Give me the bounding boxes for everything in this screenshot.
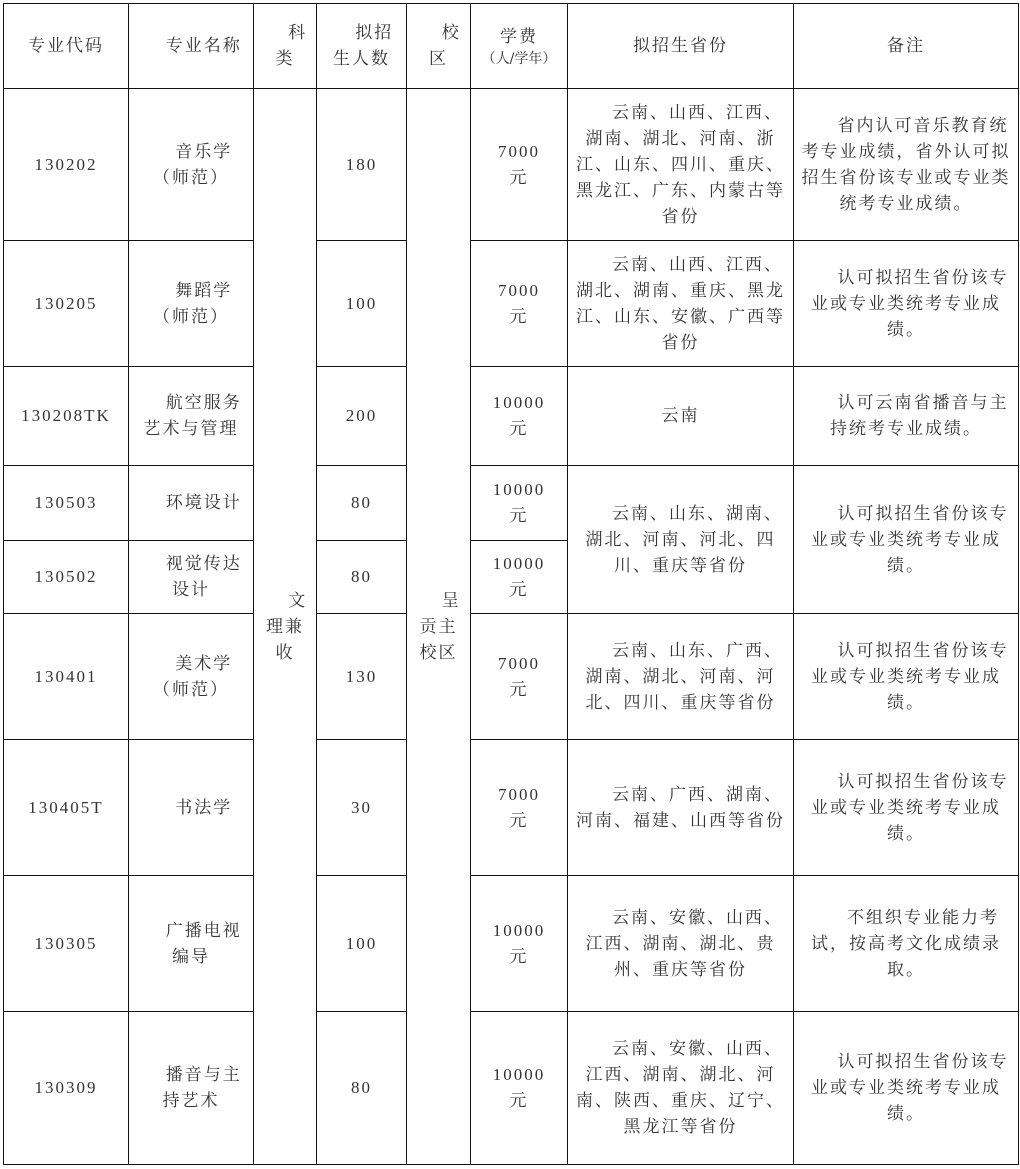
fee-unit: 元	[477, 503, 561, 529]
table-row: 130205 舞蹈学（师范） 100 7000元 云南、山西、江西、湖北、湖南、…	[4, 241, 1019, 367]
remarks: 认可拟招生省份该专业或专业类统考专业成绩。	[794, 740, 1019, 876]
fee-amount: 7000	[477, 139, 561, 165]
tuition-fee: 7000元	[471, 89, 568, 241]
admissions-table: 专业代码 专业名称 科类 拟招生人数 校区 学费 （人/学年） 拟招生省份 备注…	[3, 3, 1019, 1165]
category-cell: 文理兼收	[254, 89, 317, 1165]
table-row: 130305 广播电视编导 100 10000元 云南、安徽、山西、江西、湖南、…	[4, 876, 1019, 1012]
provinces: 云南、山西、江西、湖南、湖北、河南、浙江、山东、四川、重庆、黑龙江、广东、内蒙古…	[568, 89, 794, 241]
major-code: 130401	[4, 614, 129, 740]
remarks: 认可拟招生省份该专业或专业类统考专业成绩。	[794, 241, 1019, 367]
fee-unit: 元	[477, 677, 561, 703]
header-fee-title: 学费	[477, 24, 561, 50]
tuition-fee: 7000元	[471, 241, 568, 367]
tuition-fee: 10000元	[471, 367, 568, 466]
provinces: 云南、安徽、山西、江西、湖南、湖北、贵州、重庆等省份	[568, 876, 794, 1012]
major-name: 书法学	[129, 740, 254, 876]
remarks: 不组织专业能力考试，按高考文化成绩录取。	[794, 876, 1019, 1012]
major-name: 环境设计	[129, 466, 254, 541]
quota: 80	[317, 466, 407, 541]
major-code: 130502	[4, 541, 129, 614]
tuition-fee: 7000元	[471, 740, 568, 876]
major-code: 130305	[4, 876, 129, 1012]
major-name: 播音与主持艺术	[129, 1012, 254, 1165]
tuition-fee: 10000元	[471, 1012, 568, 1165]
fee-amount: 10000	[477, 477, 561, 503]
provinces: 云南、山西、江西、湖北、湖南、重庆、黑龙江、山东、安徽、广西等省份	[568, 241, 794, 367]
fee-unit: 元	[477, 304, 561, 330]
table-row: 130208TK 航空服务艺术与管理 200 10000元 云南 认可云南省播音…	[4, 367, 1019, 466]
major-code: 130405T	[4, 740, 129, 876]
remarks: 认可云南省播音与主持统考专业成绩。	[794, 367, 1019, 466]
header-remarks: 备注	[794, 4, 1019, 89]
provinces: 云南、广西、湖南、河南、福建、山西等省份	[568, 740, 794, 876]
quota: 80	[317, 1012, 407, 1165]
header-quota: 拟招生人数	[317, 4, 407, 89]
tuition-fee: 10000元	[471, 541, 568, 614]
fee-amount: 10000	[477, 390, 561, 416]
campus-cell: 呈贡主校区	[407, 89, 471, 1165]
major-name: 广播电视编导	[129, 876, 254, 1012]
major-name: 航空服务艺术与管理	[129, 367, 254, 466]
quota: 180	[317, 89, 407, 241]
header-name: 专业名称	[129, 4, 254, 89]
tuition-fee: 7000元	[471, 614, 568, 740]
fee-unit: 元	[477, 577, 561, 603]
fee-unit: 元	[477, 808, 561, 834]
major-name: 视觉传达设计	[129, 541, 254, 614]
header-fee: 学费 （人/学年）	[471, 4, 568, 89]
remarks: 认可拟招生省份该专业或专业类统考专业成绩。	[794, 466, 1019, 614]
fee-amount: 10000	[477, 551, 561, 577]
header-provinces: 拟招生省份	[568, 4, 794, 89]
fee-unit: 元	[477, 165, 561, 191]
major-name: 音乐学（师范）	[129, 89, 254, 241]
provinces: 云南	[568, 367, 794, 466]
fee-unit: 元	[477, 416, 561, 442]
table-row: 130309 播音与主持艺术 80 10000元 云南、安徽、山西、江西、湖南、…	[4, 1012, 1019, 1165]
fee-unit: 元	[477, 944, 561, 970]
quota: 130	[317, 614, 407, 740]
major-code: 130205	[4, 241, 129, 367]
table-row: 130503 环境设计 80 10000元 云南、山东、湖南、湖北、河南、河北、…	[4, 466, 1019, 541]
fee-amount: 7000	[477, 651, 561, 677]
header-row: 专业代码 专业名称 科类 拟招生人数 校区 学费 （人/学年） 拟招生省份 备注	[4, 4, 1019, 89]
major-code: 130202	[4, 89, 129, 241]
fee-unit: 元	[477, 1088, 561, 1114]
provinces: 云南、山东、广西、湖南、湖北、河南、河北、四川、重庆等省份	[568, 614, 794, 740]
provinces: 云南、山东、湖南、湖北、河南、河北、四川、重庆等省份	[568, 466, 794, 614]
quota: 80	[317, 541, 407, 614]
major-name: 舞蹈学（师范）	[129, 241, 254, 367]
major-code: 130503	[4, 466, 129, 541]
remarks: 省内认可音乐教育统考专业成绩，省外认可拟招生省份该专业或专业类统考专业成绩。	[794, 89, 1019, 241]
major-name: 美术学（师范）	[129, 614, 254, 740]
header-campus: 校区	[407, 4, 471, 89]
fee-amount: 10000	[477, 918, 561, 944]
quota: 200	[317, 367, 407, 466]
header-code: 专业代码	[4, 4, 129, 89]
major-code: 130309	[4, 1012, 129, 1165]
header-fee-unit: （人/学年）	[477, 50, 561, 69]
table-row: 130202 音乐学（师范） 文理兼收 180 呈贡主校区 7000元 云南、山…	[4, 89, 1019, 241]
remarks: 认可拟招生省份该专业或专业类统考专业成绩。	[794, 1012, 1019, 1165]
remarks: 认可拟招生省份该专业或专业类统考专业成绩。	[794, 614, 1019, 740]
major-code: 130208TK	[4, 367, 129, 466]
fee-amount: 10000	[477, 1062, 561, 1088]
table-row: 130401 美术学（师范） 130 7000元 云南、山东、广西、湖南、湖北、…	[4, 614, 1019, 740]
tuition-fee: 10000元	[471, 876, 568, 1012]
quota: 100	[317, 241, 407, 367]
fee-amount: 7000	[477, 782, 561, 808]
tuition-fee: 10000元	[471, 466, 568, 541]
header-category: 科类	[254, 4, 317, 89]
provinces: 云南、安徽、山西、江西、湖南、湖北、河南、陕西、重庆、辽宁、黑龙江等省份	[568, 1012, 794, 1165]
table-row: 130405T 书法学 30 7000元 云南、广西、湖南、河南、福建、山西等省…	[4, 740, 1019, 876]
quota: 30	[317, 740, 407, 876]
quota: 100	[317, 876, 407, 1012]
fee-amount: 7000	[477, 278, 561, 304]
